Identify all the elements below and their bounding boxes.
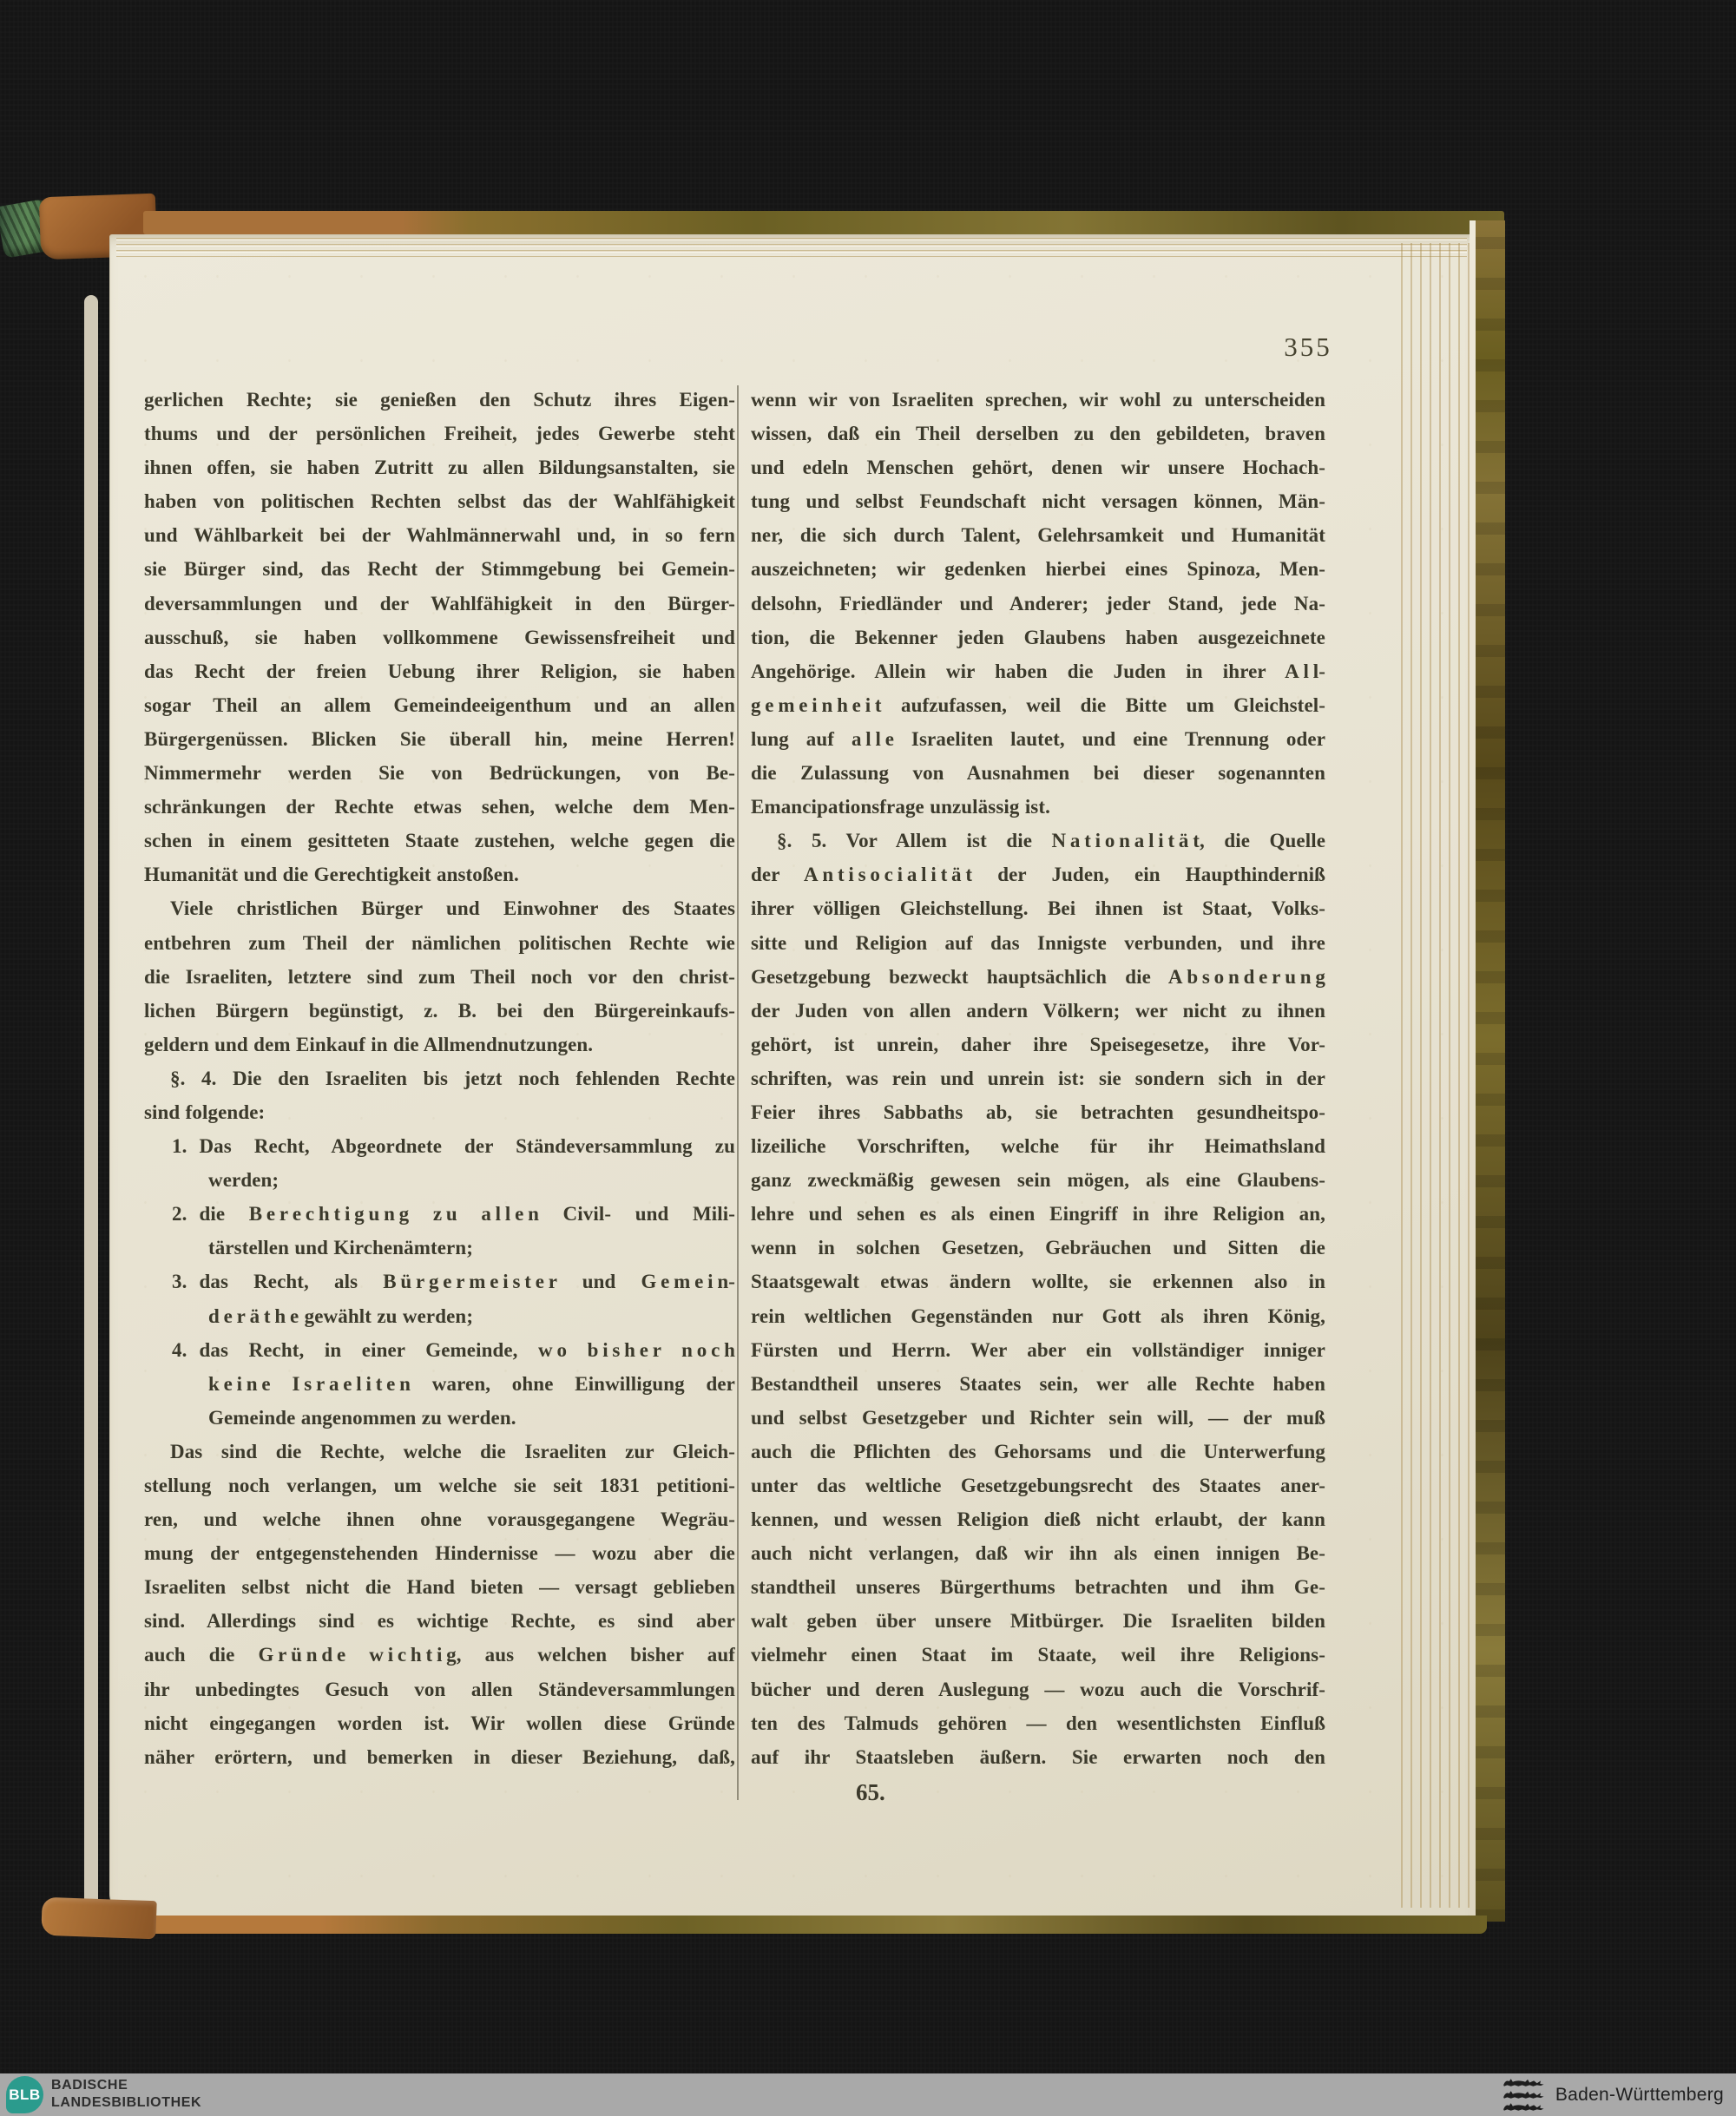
list-marker: 2. (172, 1203, 187, 1225)
library-name-line1: BADISCHE (51, 2077, 201, 2094)
text-line: auf ihr Staatsleben äußern. Sie erwarten… (751, 1740, 1325, 1774)
text-line: lichen Bürgern begünstigt, z. B. bei den… (144, 994, 735, 1028)
text-line: Feier ihres Sabbaths ab, sie betrachten … (751, 1095, 1325, 1129)
text-line: lizeiliche Vorschriften, welche für ihr … (751, 1129, 1325, 1163)
book-page-scan: 355 gerlichen Rechte; sie genießen den S… (109, 234, 1474, 1916)
text-line: Angehörige. Allein wir haben die Juden i… (751, 654, 1325, 688)
text-line: g e m e i n h e i t aufzufassen, weil di… (751, 688, 1325, 722)
text-line: bücher und deren Auslegung — wozu auch d… (751, 1672, 1325, 1706)
text-line: auch nicht verlangen, daß wir ihn als ei… (751, 1536, 1325, 1570)
text-line: nicht eingegangen worden ist. Wir wollen… (144, 1706, 735, 1740)
text-line: auch die Pflichten des Gehorsams und die… (751, 1435, 1325, 1469)
text-line: ihnen offen, sie haben Zutritt zu allen … (144, 450, 735, 484)
text-line: rein weltlichen Gegenständen nur Gott al… (751, 1299, 1325, 1333)
text-line: ner, die sich durch Talent, Gelehrsamkei… (751, 518, 1325, 552)
paragraph: §. 5. Vor Allem ist die N a t i o n a l … (751, 824, 1325, 1774)
text-line: §. 5. Vor Allem ist die N a t i o n a l … (751, 824, 1325, 858)
book-top-edge (143, 211, 1504, 234)
book-fore-edge (1476, 220, 1505, 1922)
text-line: delsohn, Friedländer und Anderer; jeder … (751, 587, 1325, 621)
text-line: Humanität und die Gerechtigkeit anstoßen… (144, 858, 735, 891)
text-line: sind. Allerdings sind es wichtige Rechte… (144, 1604, 735, 1638)
text-line: sogar Theil an allem Gemeindeeigenthum u… (144, 688, 735, 722)
text-line: Gemeinde angenommen zu werden. (144, 1401, 735, 1435)
text-line: ren, und welche ihnen ohne vorausgegange… (144, 1502, 735, 1536)
page-edge-lines-top (116, 234, 1467, 257)
leather-corner-bottom-left (41, 1897, 156, 1940)
text-line: der Juden von allen andern Völkern; wer … (751, 994, 1325, 1028)
text-line: sind folgende: (144, 1095, 735, 1129)
text-line: Staatsgewalt etwas ändern wollte, sie er… (751, 1265, 1325, 1298)
paragraph: §. 4. Die den Israeliten bis jetzt noch … (144, 1061, 735, 1129)
text-line: 1.Das Recht, Abgeordnete der Ständeversa… (144, 1129, 735, 1163)
text-line: 4.das Recht, in einer Gemeinde, w o b i … (144, 1333, 735, 1367)
text-line: geldern und dem Einkauf in die Allmendnu… (144, 1028, 735, 1061)
text-line: gerlichen Rechte; sie genießen den Schut… (144, 383, 735, 417)
text-line: schränkungen der Rechte etwas sehen, wel… (144, 790, 735, 824)
text-line: Bestandtheil unseres Staates sein, wer a… (751, 1367, 1325, 1401)
text-line: näher erörtern, und bemerken in dieser B… (144, 1740, 735, 1774)
text-line: wenn in solchen Gesetzen, Gebräuchen und… (751, 1231, 1325, 1265)
text-line: ausschuß, sie haben vollkommene Gewissen… (144, 621, 735, 654)
text-line: vielmehr einen Staat im Staate, weil ihr… (751, 1638, 1325, 1672)
text-line: ihrer völligen Gleichstellung. Bei ihnen… (751, 891, 1325, 925)
paragraph: gerlichen Rechte; sie genießen den Schut… (144, 383, 735, 891)
text-line: deversammlungen und der Wahlfähigkeit in… (144, 587, 735, 621)
text-line: der A n t i s o c i a l i t ä t der Jude… (751, 858, 1325, 891)
text-column-left: gerlichen Rechte; sie genießen den Schut… (144, 383, 735, 1774)
text-line: das Recht der freien Uebung ihrer Religi… (144, 654, 735, 688)
text-line: und selbst Gesetzgeber und Richter sein … (751, 1401, 1325, 1435)
list-marker: 4. (172, 1339, 187, 1361)
paragraph: Das sind die Rechte, welche die Israelit… (144, 1435, 735, 1774)
text-line: kennen, und wessen Religion dieß nicht e… (751, 1502, 1325, 1536)
text-line: schen in einem gesitteten Staate zustehe… (144, 824, 735, 858)
text-line: Emancipationsfrage unzulässig ist. (751, 790, 1325, 824)
text-line: wenn wir von Israeliten sprechen, wir wo… (751, 383, 1325, 417)
text-line: ten des Talmuds gehören — den wesentlich… (751, 1706, 1325, 1740)
text-line: schriften, was rein und unrein ist: sie … (751, 1061, 1325, 1095)
text-line: stellung noch verlangen, um welche sie s… (144, 1469, 735, 1502)
paragraph: wenn wir von Israeliten sprechen, wir wo… (751, 383, 1325, 824)
book-bottom-edge (146, 1916, 1487, 1934)
list-item: 3.das Recht, als B ü r g e r m e i s t e… (144, 1265, 735, 1332)
text-line: und edeln Menschen gehört, denen wir uns… (751, 450, 1325, 484)
text-line: thums und der persönlichen Freiheit, jed… (144, 417, 735, 450)
column-divider (737, 385, 739, 1800)
text-column-right: wenn wir von Israeliten sprechen, wir wo… (751, 383, 1325, 1774)
text-line: Israeliten selbst nicht die Hand bieten … (144, 1570, 735, 1604)
text-line: lehre und sehen es als einen Eingriff in… (751, 1197, 1325, 1231)
text-line: 3.das Recht, als B ü r g e r m e i s t e… (144, 1265, 735, 1298)
text-line: Fürsten und Herrn. Wer aber ein vollstän… (751, 1333, 1325, 1367)
text-line: k e i n e I s r a e l i t e n waren, ohn… (144, 1367, 735, 1401)
text-line: die Israeliten, letztere sind zum Theil … (144, 960, 735, 994)
state-name: Baden-Württemberg (1555, 2085, 1724, 2106)
text-line: tion, die Bekenner jeden Glaubens haben … (751, 621, 1325, 654)
text-line: Bürgergenüssen. Blicken Sie überall hin,… (144, 722, 735, 756)
text-line: §. 4. Die den Israeliten bis jetzt noch … (144, 1061, 735, 1095)
text-line: d e r ä t h e gewählt zu werden; (144, 1299, 735, 1333)
text-line: tung und selbst Feundschaft nicht versag… (751, 484, 1325, 518)
text-line: 2.die B e r e c h t i g u n g z u a l l … (144, 1197, 735, 1231)
text-line: sitte und Religion auf das Innigste verb… (751, 926, 1325, 960)
text-line: Gesetzgebung bezweckt hauptsächlich die … (751, 960, 1325, 994)
text-line: haben von politischen Rechten selbst das… (144, 484, 735, 518)
list-marker: 1. (172, 1135, 187, 1157)
library-name: BADISCHE LANDESBIBLIOTHEK (51, 2077, 201, 2112)
baden-wuerttemberg-logo: Baden-Württemberg (1502, 2073, 1724, 2116)
list-marker: 3. (172, 1271, 187, 1292)
list-item: 4.das Recht, in einer Gemeinde, w o b i … (144, 1333, 735, 1435)
text-line: Nimmermehr werden Sie von Bedrückungen, … (144, 756, 735, 790)
text-line: Viele christlichen Bürger und Einwohner … (144, 891, 735, 925)
list-item: 1.Das Recht, Abgeordnete der Ständeversa… (144, 1129, 735, 1197)
underlying-page-edge (84, 295, 98, 1914)
text-line: gehört, ist unrein, daher ihre Speiseges… (751, 1028, 1325, 1061)
coat-of-arms-lions-icon (1502, 2077, 1545, 2113)
text-line: die Zulassung von Ausnahmen bei dieser s… (751, 756, 1325, 790)
text-line: lung auf a l l e Israeliten lautet, und … (751, 722, 1325, 756)
paragraph: Viele christlichen Bürger und Einwohner … (144, 891, 735, 1061)
list-item: 2.die B e r e c h t i g u n g z u a l l … (144, 1197, 735, 1265)
text-line: mung der entgegenstehenden Hindernisse —… (144, 1536, 735, 1570)
text-line: ihr unbedingtes Gesuch von allen Ständev… (144, 1672, 735, 1706)
text-line: entbehren zum Theil der nämlichen politi… (144, 926, 735, 960)
text-line: ganz zweckmäßig gewesen sein mögen, als … (751, 1163, 1325, 1197)
text-line: wissen, daß ein Theil derselben zu den g… (751, 417, 1325, 450)
text-line: sie Bürger sind, das Recht der Stimmgebu… (144, 552, 735, 586)
text-line: Das sind die Rechte, welche die Israelit… (144, 1435, 735, 1469)
text-line: auszeichneten; wir gedenken hierbei eine… (751, 552, 1325, 586)
page-edge-lines-right (1393, 243, 1473, 1908)
library-footer: BLB BADISCHE LANDESBIBLIOTHEK Baden-Würt… (0, 2073, 1736, 2116)
library-name-line2: LANDESBIBLIOTHEK (51, 2094, 201, 2112)
text-line: unter das weltliche Gesetzgebungsrecht d… (751, 1469, 1325, 1502)
blb-logo: BLB (6, 2076, 43, 2113)
signature-mark: 65. (856, 1779, 885, 1806)
text-line: standtheil unseres Bürgerthums betrachte… (751, 1570, 1325, 1604)
page-number: 355 (1273, 332, 1343, 363)
text-line: tärstellen und Kirchenämtern; (144, 1231, 735, 1265)
text-line: werden; (144, 1163, 735, 1197)
text-line: und Wählbarkeit bei der Wahlmännerwahl u… (144, 518, 735, 552)
text-line: auch die G r ü n d e w i c h t i g, aus … (144, 1638, 735, 1672)
text-line: walt geben über unsere Mitbürger. Die Is… (751, 1604, 1325, 1638)
